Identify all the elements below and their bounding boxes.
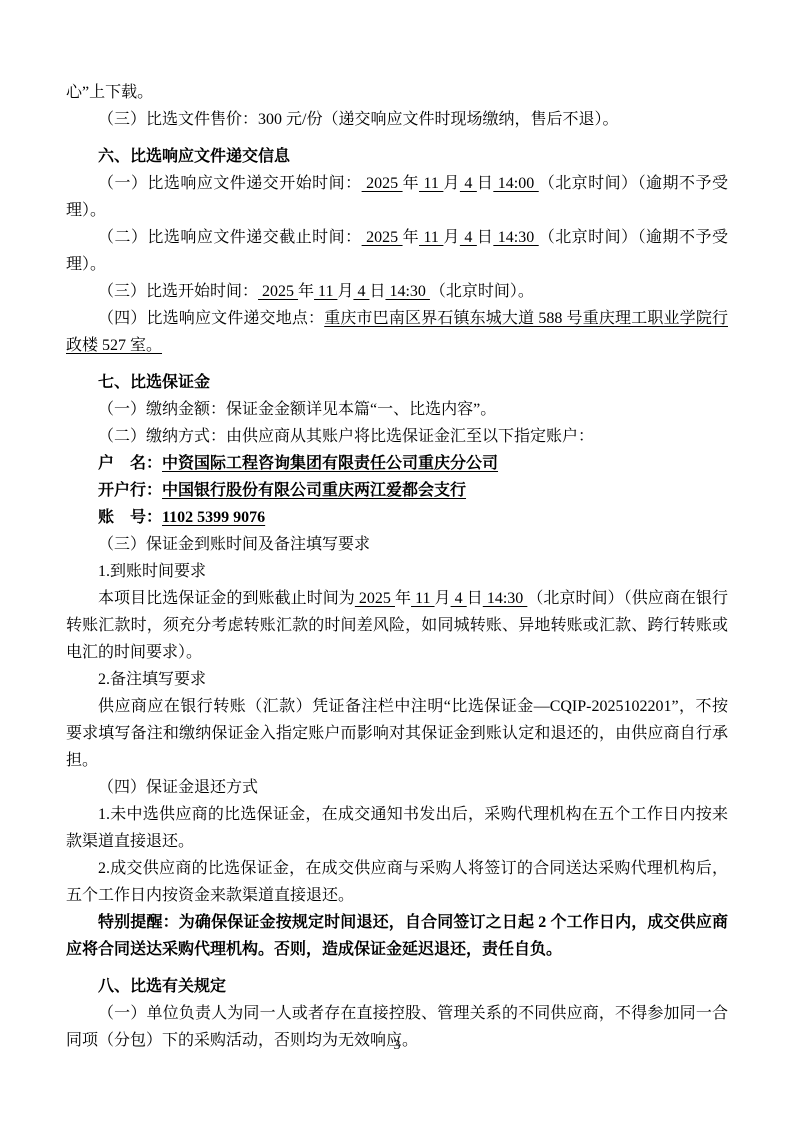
text-run: 2025 [362, 229, 403, 246]
text-run: 年 [395, 590, 411, 607]
document-content: 心”上下载。（三）比选文件售价：300 元/份（递交响应文件时现场缴纳，售后不退… [66, 79, 728, 1054]
text-run: 14:30 [483, 590, 528, 607]
para-deposit-amount: （一）缴纳金额：保证金金额详见本篇“一、比选内容”。 [66, 396, 728, 423]
heading-section-eight: 八、比选有关规定 [66, 973, 728, 1000]
text-run: （一）缴纳金额：保证金金额详见本篇“一、比选内容”。 [98, 401, 496, 418]
text-run: 特别提醒：为确保保证金按规定时间退还，自合同签订之日起 2 个工作日内，成交供应… [66, 914, 728, 958]
para-submission-deadline: （二）比选响应文件递交截止时间： 2025 年 11 月 4 日 14:30 （… [66, 224, 728, 278]
text-run: （二）比选响应文件递交截止时间： [98, 229, 362, 246]
para-refund-winner: 2.成交供应商的比选保证金，在成交供应商与采购人将签订的合同送达采购代理机构后，… [66, 855, 728, 909]
para-bank-name: 开户行：中国银行股份有限公司重庆两江爱都会支行 [66, 477, 728, 504]
text-run: 日 [369, 283, 385, 300]
heading-section-six: 六、比选响应文件递交信息 [66, 143, 728, 170]
text-run: 1.未中选供应商的比选保证金，在成交通知书发出后，采购代理机构在五个工作日内按来… [66, 806, 728, 850]
text-run: 日 [477, 175, 493, 192]
text-run: 年 [403, 175, 419, 192]
text-run: 七、比选保证金 [98, 374, 210, 391]
text-run: （三）保证金到账时间及备注填写要求 [98, 536, 370, 553]
para-bixuan-start-time: （三）比选开始时间： 2025 年 11 月 4 日 14:30 （北京时间）。 [66, 278, 728, 305]
text-run: 2025 [362, 175, 403, 192]
text-run: 中资国际工程咨询集团有限责任公司重庆分公司 [162, 455, 498, 472]
text-run: 2.成交供应商的比选保证金，在成交供应商与采购人将签订的合同送达采购代理机构后，… [66, 860, 728, 904]
page-number: 3 [0, 1038, 794, 1054]
prev-page-continuation: 心”上下载。 [66, 79, 728, 106]
para-refund-method: （四）保证金退还方式 [66, 774, 728, 801]
text-run: 11 [419, 175, 443, 192]
para-account-name: 户 名：中资国际工程咨询集团有限责任公司重庆分公司 [66, 450, 728, 477]
text-run: 日 [477, 229, 493, 246]
text-run: 11 [411, 590, 435, 607]
text-run: 月 [443, 229, 459, 246]
text-run: （三）比选文件售价：300 元/份（递交响应文件时现场缴纳，售后不退）。 [98, 111, 618, 128]
text-run: 日 [467, 590, 483, 607]
text-run: 开户行： [98, 482, 162, 499]
text-run: 月 [337, 283, 353, 300]
text-run: 1102 5399 9076 [162, 509, 265, 526]
para-deposit-arrival-requirements: （三）保证金到账时间及备注填写要求 [66, 531, 728, 558]
text-run: 2025 [355, 590, 395, 607]
text-run: 年 [298, 283, 314, 300]
text-run: 八、比选有关规定 [98, 978, 226, 995]
para-remark-requirements: 供应商应在银行转账（汇款）凭证备注栏中注明“比选保证金—CQIP-2025102… [66, 693, 728, 774]
para-payment-method: （二）缴纳方式：由供应商从其账户将比选保证金汇至以下指定账户： [66, 423, 728, 450]
text-run: 4 [353, 283, 369, 300]
text-run: 2.备注填写要求 [98, 671, 206, 688]
text-run: 1.到账时间要求 [98, 563, 206, 580]
text-run: （四）保证金退还方式 [98, 779, 258, 796]
text-run: （四）比选响应文件递交地点： [98, 310, 324, 327]
text-run: 账 号： [98, 509, 162, 526]
text-run: （北京时间）。 [430, 283, 534, 300]
text-run: 月 [435, 590, 451, 607]
text-run: 11 [314, 283, 337, 300]
text-run: 月 [443, 175, 459, 192]
para-submission-location: （四）比选响应文件递交地点：重庆市巴南区界石镇东城大道 588 号重庆理工职业学… [66, 305, 728, 359]
heading-section-seven: 七、比选保证金 [66, 369, 728, 396]
text-run: （一）比选响应文件递交开始时间： [98, 175, 362, 192]
text-run: 六、比选响应文件递交信息 [98, 148, 290, 165]
para-refund-unselected: 1.未中选供应商的比选保证金，在成交通知书发出后，采购代理机构在五个工作日内按来… [66, 801, 728, 855]
text-run: 4 [460, 175, 477, 192]
text-run: 4 [451, 590, 467, 607]
para-arrival-time-title: 1.到账时间要求 [66, 558, 728, 585]
para-document-price: （三）比选文件售价：300 元/份（递交响应文件时现场缴纳，售后不退）。 [66, 106, 728, 133]
text-run: （三）比选开始时间： [98, 283, 258, 300]
text-run: （二）缴纳方式：由供应商从其账户将比选保证金汇至以下指定账户： [98, 428, 594, 445]
text-run: 14:30 [385, 283, 429, 300]
text-run: 户 名： [98, 455, 162, 472]
text-run: 中国银行股份有限公司重庆两江爱都会支行 [162, 482, 466, 499]
text-run: 年 [403, 229, 419, 246]
para-special-reminder: 特别提醒：为确保保证金按规定时间退还，自合同签订之日起 2 个工作日内，成交供应… [66, 909, 728, 963]
text-run: 14:30 [493, 229, 538, 246]
text-run: 本项目比选保证金的到账截止时间为 [98, 590, 355, 607]
text-run: 14:00 [493, 175, 538, 192]
para-submission-start-time: （一）比选响应文件递交开始时间： 2025 年 11 月 4 日 14:00 （… [66, 170, 728, 224]
text-run: 心”上下载。 [66, 84, 153, 101]
text-run: 供应商应在银行转账（汇款）凭证备注栏中注明“比选保证金—CQIP-2025102… [66, 698, 728, 769]
page: 心”上下载。（三）比选文件售价：300 元/份（递交响应文件时现场缴纳，售后不退… [0, 0, 794, 1122]
text-run: 11 [419, 229, 443, 246]
text-run: 2025 [258, 283, 298, 300]
para-account-number: 账 号：1102 5399 9076 [66, 504, 728, 531]
text-run: 4 [460, 229, 477, 246]
para-remark-title: 2.备注填写要求 [66, 666, 728, 693]
para-arrival-deadline: 本项目比选保证金的到账截止时间为 2025 年 11 月 4 日 14:30 （… [66, 585, 728, 666]
